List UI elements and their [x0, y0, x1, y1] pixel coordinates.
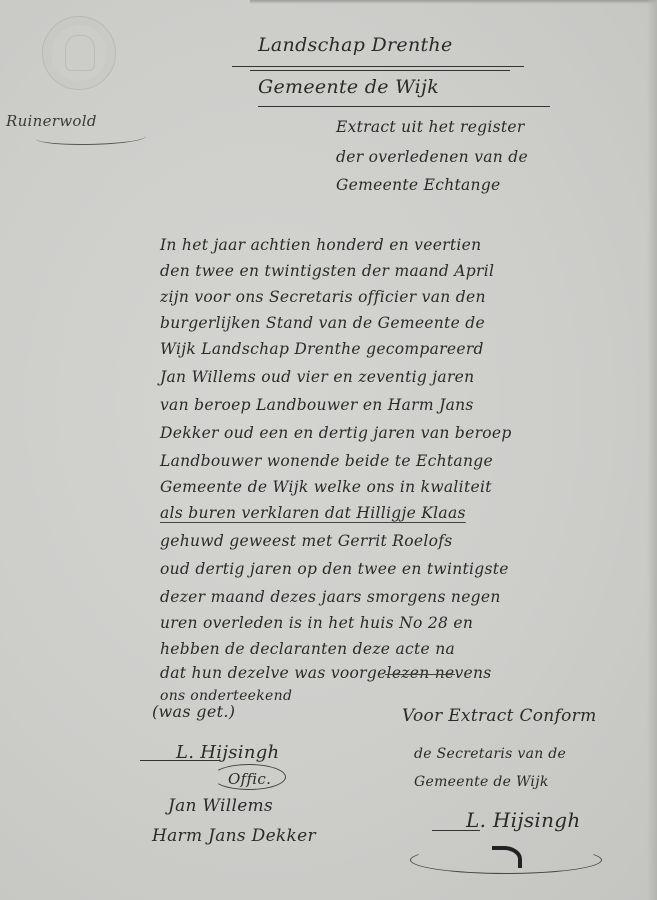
page-right-edge: [647, 0, 657, 900]
body-line: burgerlijken Stand van de Gemeente de: [160, 314, 485, 332]
body-line: gehuwd geweest met Gerrit Roelofs: [160, 532, 453, 550]
body-line: dat hun dezelve was voorgelezen nevens: [160, 664, 492, 682]
body-line: Landbouwer wonende beide te Echtange: [160, 452, 493, 470]
body-line: Gemeente de Wijk welke ons in kwaliteit: [160, 478, 492, 496]
witness-signature-2: Harm Jans Dekker: [152, 826, 316, 846]
seal-crest: [65, 35, 95, 71]
header-province: Landschap Drenthe: [258, 34, 453, 56]
body-line: Jan Willems oud vier en zeventig jaren: [160, 368, 474, 386]
closing-rule: [385, 674, 455, 675]
body-line: Wijk Landschap Drenthe gecompareerd: [160, 340, 484, 358]
body-line-deceased: als buren verklaren dat Hilligje Klaas: [160, 504, 466, 522]
body-line: zijn voor ons Secretaris officier van de…: [160, 288, 486, 306]
certification-line-1: Voor Extract Conform: [402, 706, 597, 726]
margin-note-flourish: [36, 130, 146, 145]
body-line: Dekker oud een en dertig jaren van beroe…: [160, 424, 512, 442]
body-line: van beroep Landbouwer en Harm Jans: [160, 396, 474, 414]
header-municipality: Gemeente de Wijk: [258, 76, 439, 98]
signature-stroke: [140, 760, 220, 761]
signature-stroke: [432, 830, 480, 831]
certification-line-2: de Secretaris van de: [414, 746, 566, 762]
body-line: hebben de declaranten deze acte na: [160, 640, 455, 658]
secretary-signature-right: L. Hijsingh: [466, 808, 581, 832]
body-line: In het jaar achtien honderd en veertien: [160, 236, 481, 254]
extract-title-line-3: Gemeente Echtange: [336, 176, 501, 194]
witness-signature-1: Jan Willems: [168, 796, 273, 816]
margin-note: Ruinerwold: [6, 112, 97, 130]
certification-line-3: Gemeente de Wijk: [414, 774, 549, 790]
header-rule-1b: [250, 70, 510, 71]
extract-title-line-1: Extract uit het register: [336, 118, 525, 136]
body-line: oud dertig jaren op den twee en twintigs…: [160, 560, 509, 578]
body-line: dezer maand dezes jaars smorgens negen: [160, 588, 501, 606]
body-line: uren overleden is in het huis No 28 en: [160, 614, 473, 632]
secretary-title: Offic.: [228, 770, 271, 788]
extract-title-line-2: der overledenen van de: [336, 148, 528, 166]
header-rule-2: [258, 106, 550, 107]
embossed-seal-icon: [42, 16, 116, 90]
header-rule-1: [232, 66, 524, 67]
body-line: den twee en twintigsten der maand April: [160, 262, 494, 280]
page-top-edge-shadow: [250, 0, 657, 4]
was-get-note: (was get.): [152, 702, 235, 721]
document-page: Ruinerwold Landschap Drenthe Gemeente de…: [0, 0, 657, 900]
